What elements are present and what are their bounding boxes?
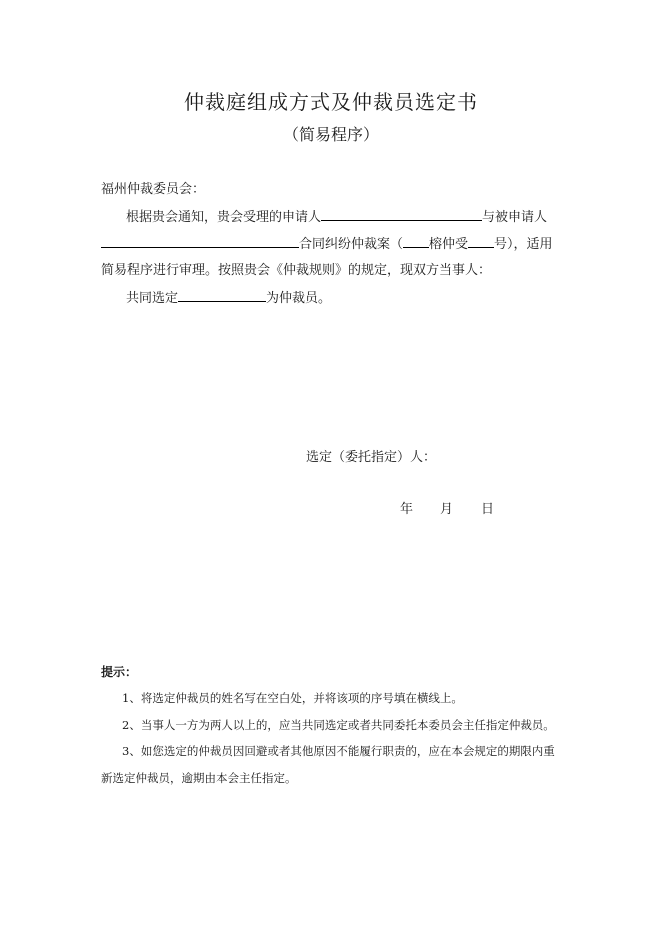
date-month: 月 bbox=[440, 501, 453, 519]
line1-suffix: 与被申请人 bbox=[482, 210, 547, 225]
respondent-blank[interactable] bbox=[101, 235, 299, 248]
body-line-3: 简易程序进行审理。按照贵会《仲裁规则》的规定，现双方当事人： bbox=[101, 262, 491, 280]
body-line-1: 根据贵会通知，贵会受理的申请人与被申请人 bbox=[126, 208, 547, 227]
document-title: 仲裁庭组成方式及仲裁员选定书 bbox=[0, 86, 662, 115]
date-day: 日 bbox=[481, 501, 494, 519]
date-year: 年 bbox=[400, 501, 413, 519]
tip-item-1: 1、将选定仲裁员的姓名写在空白处，并将该项的序号填在横线上。 bbox=[122, 690, 463, 706]
line2-case-prefix: 榕仲受 bbox=[429, 237, 468, 252]
tip-item-2: 2、当事人一方为两人以上的，应当共同选定或者共同委托本委员会主任指定仲裁员。 bbox=[122, 717, 555, 733]
document-subtitle: （简易程序） bbox=[0, 122, 662, 145]
case-year-blank[interactable] bbox=[403, 235, 429, 248]
case-number-blank[interactable] bbox=[468, 235, 494, 248]
line2-suffix: 号），适用 bbox=[494, 237, 553, 252]
body-line-2: 合同纠纷仲裁案（榕仲受号），适用 bbox=[101, 235, 553, 254]
tip-item-3-cont: 新选定仲裁员，逾期由本会主任指定。 bbox=[101, 770, 297, 786]
line2-mid: 合同纠纷仲裁案（ bbox=[299, 237, 403, 252]
addressee: 福州仲裁委员会： bbox=[101, 181, 205, 199]
signature-label: 选定（委托指定）人： bbox=[306, 449, 436, 467]
body-line-4: 共同选定为仲裁员。 bbox=[126, 289, 331, 308]
line1-prefix: 根据贵会通知，贵会受理的申请人 bbox=[126, 210, 321, 225]
arbitrator-blank[interactable] bbox=[178, 289, 266, 302]
document-page: 仲裁庭组成方式及仲裁员选定书 （简易程序） 福州仲裁委员会： 根据贵会通知，贵会… bbox=[0, 0, 662, 936]
line4-prefix: 共同选定 bbox=[126, 291, 178, 306]
tips-heading: 提示： bbox=[101, 663, 137, 680]
line4-suffix: 为仲裁员。 bbox=[266, 291, 331, 306]
tip-item-3: 3、如您选定的仲裁员因回避或者其他原因不能履行职责的，应在本会规定的期限内重 bbox=[122, 743, 555, 759]
applicant-blank[interactable] bbox=[321, 208, 482, 221]
